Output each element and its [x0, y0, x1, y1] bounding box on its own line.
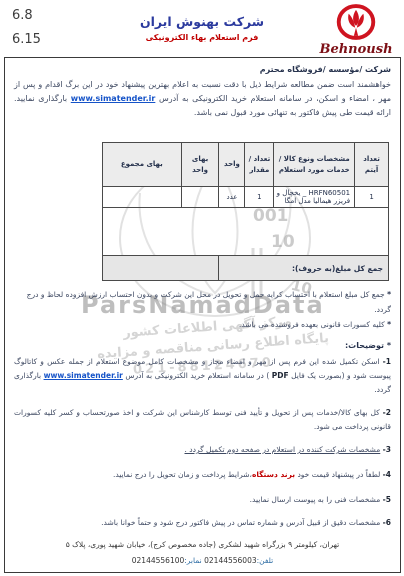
phone-label: تلفن:: [257, 556, 274, 565]
document-header: 6.8 6.15 شرکت بهنوش ایران فرم استعلام به…: [0, 0, 404, 57]
cell-total-price: [103, 187, 182, 208]
header-titles: شرکت بهنوش ایران فرم استعلام بهاء الکترو…: [90, 14, 314, 42]
cell-description: HRFN60501 _ یخچال و فریزر هیمالیا مدل ام…: [274, 187, 355, 208]
simatender-link-2[interactable]: www.simatender.ir: [44, 371, 123, 380]
logo-script-text: Behnoush: [314, 42, 398, 57]
handwritten-number-1: 6.8: [12, 4, 41, 28]
fax-label: نمابر:: [184, 556, 201, 565]
empty-area: [103, 208, 389, 256]
cell-unit-price: [181, 187, 219, 208]
note-item-1: 1- اسکن تکمیل شده این فرم پس از مهر و ام…: [14, 355, 391, 397]
cell-unit: عدد: [219, 187, 245, 208]
bullet-note-2-text: کلیه کسورات قانونی بعهده فروشنده می باشد…: [239, 320, 385, 329]
inquiry-table: تعداد آیتم مشخصات ونوع کالا / خدمات مورد…: [102, 142, 389, 281]
note-item-1-number: 1-: [383, 357, 391, 366]
note-item-6-number: 6-: [383, 518, 391, 527]
grand-total-value: [103, 256, 219, 281]
cell-quantity: 1: [245, 187, 274, 208]
note-item-1-text-c: ) در سامانه استعلام خرید الکترونیکی به آ…: [123, 371, 272, 380]
form-title: فرم استعلام بهاء الکترونیکی: [90, 33, 314, 42]
col-header-item-no: تعداد آیتم: [355, 143, 389, 187]
col-header-unit: واحد: [219, 143, 245, 187]
note-item-3-number: 3-: [383, 445, 391, 454]
note-item-4: 4- لطفاً در پیشنهاد قیمت خود برند دستگاه…: [14, 468, 391, 482]
col-header-description: مشخصات ونوع کالا / خدمات مورد استعلام: [274, 143, 355, 187]
grand-total-label: جمع کل مبلغ(به حروف):: [219, 256, 389, 281]
table-header-row: تعداد آیتم مشخصات ونوع کالا / خدمات مورد…: [103, 143, 389, 187]
bullet-icon: *: [387, 341, 391, 350]
grand-total-row: جمع کل مبلغ(به حروف):: [103, 256, 389, 281]
footer-contacts: تلفن:02144556003 نمابر:02144556100: [5, 556, 400, 565]
salutation: شرکت /مؤسسه /فروشگاه محترم: [14, 65, 391, 74]
document-frame: 0101 001 10 01 10 ParsNamadData مرکز آگه…: [4, 57, 401, 573]
notes-bullets: * جمع کل مبلغ استعلام با احتساب کرایه حم…: [14, 287, 391, 332]
notes-title-text: توضیحات:: [345, 341, 384, 350]
document-footer: تهران، کیلومتر ۹ بزرگراه شهید لشکری (جاد…: [5, 540, 400, 565]
note-item-2-number: 2-: [383, 408, 391, 417]
note-item-3-text: مشخصات شرکت کننده در استعلام در صفحه دوم…: [185, 445, 381, 454]
simatender-link[interactable]: www.simatender.ir: [71, 94, 156, 103]
phone-number: 02144556003: [204, 556, 257, 565]
company-name: شرکت بهنوش ایران: [90, 14, 314, 29]
note-item-2: 2- کل بهای کالا/خدمات پس از تحویل و تأیی…: [14, 406, 391, 434]
bullet-note-1: * جمع کل مبلغ استعلام با احتساب کرایه حم…: [14, 287, 391, 317]
note-item-4-text-a: لطفاً در پیشنهاد قیمت خود: [295, 470, 380, 479]
intro-paragraph: خواهشمند است ضمن مطالعه شرایط ذیل با دقت…: [14, 78, 391, 120]
device-brand-highlight: برند دستگاه: [252, 470, 295, 479]
note-item-6-text: مشخصات دقیق از قبیل آدرس و شماره تماس در…: [101, 518, 380, 527]
note-item-5: 5- مشخصات فنی را به پیوست ارسال نمایید.: [14, 493, 391, 507]
fax-number: 02144556100: [132, 556, 185, 565]
note-item-6: 6- مشخصات دقیق از قبیل آدرس و شماره تماس…: [14, 516, 391, 530]
handwritten-note: 6.8 6.15: [12, 4, 41, 52]
handwritten-number-2: 6.15: [12, 28, 41, 52]
bullet-note-1-text: جمع کل مبلغ استعلام با احتساب کرایه حمل …: [27, 290, 391, 314]
notes-section-title: * توضیحات:: [14, 341, 391, 350]
note-item-5-number: 5-: [383, 495, 391, 504]
bullet-note-2: * کلیه کسورات قانونی بعهده فروشنده می با…: [14, 317, 391, 332]
company-logo: Behnoush: [314, 3, 398, 57]
note-item-2-text: کل بهای کالا/خدمات پس از تحویل و تأیید ف…: [14, 408, 391, 431]
col-header-total-price: بهای مجموع: [103, 143, 182, 187]
note-item-4-number: 4-: [383, 470, 391, 479]
note-item-4-text-b: ،شرایط پرداخت و زمان تحویل را درج نمایید…: [113, 470, 252, 479]
table-empty-row: [103, 208, 389, 256]
note-item-5-text: مشخصات فنی را به پیوست ارسال نمایید.: [250, 495, 381, 504]
col-header-unit-price: بهای واحد: [181, 143, 219, 187]
bullet-icon: *: [387, 290, 391, 299]
bullet-icon: *: [387, 320, 391, 329]
inquiry-form-page: 6.8 6.15 شرکت بهنوش ایران فرم استعلام به…: [0, 0, 404, 576]
cell-item-no: 1: [355, 187, 389, 208]
note-item-3: 3- مشخصات شرکت کننده در استعلام در صفحه …: [14, 443, 391, 457]
table-row: 1 HRFN60501 _ یخچال و فریزر هیمالیا مدل …: [103, 187, 389, 208]
col-header-quantity: تعداد / مقدار: [245, 143, 274, 187]
pdf-label: PDF: [272, 371, 289, 380]
footer-address: تهران، کیلومتر ۹ بزرگراه شهید لشکری (جاد…: [5, 540, 400, 549]
